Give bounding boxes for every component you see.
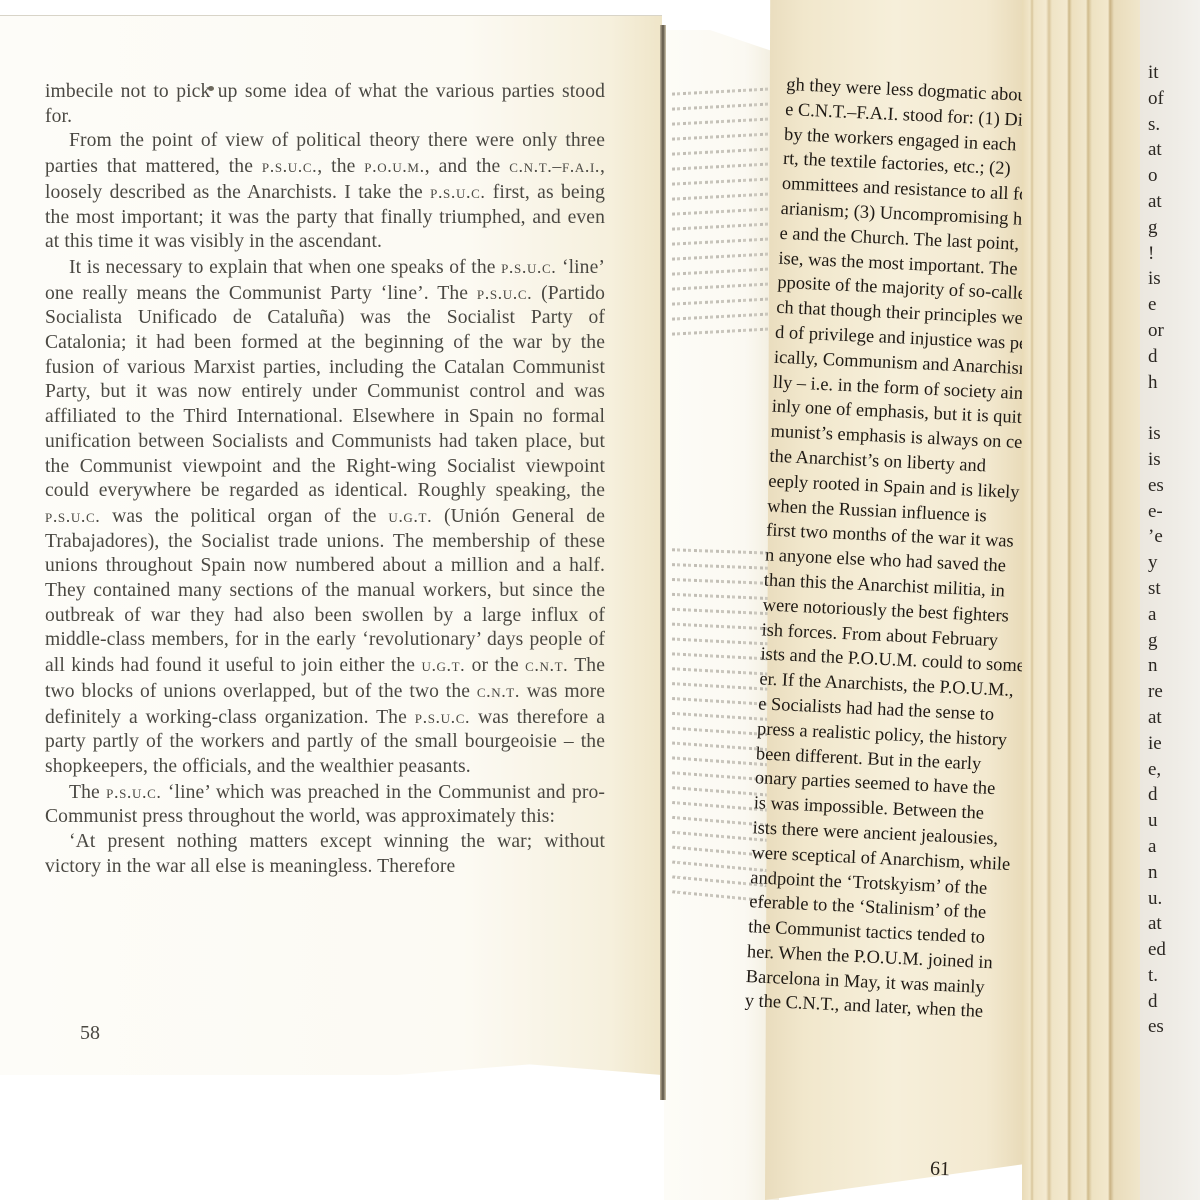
text-run: was the political organ of the [100,506,388,527]
text-fragment: h [1148,370,1166,396]
text-run: ‘At present nothing matters except winni… [45,831,605,877]
text-fragment: at [1148,137,1166,163]
faded-text-line [672,667,772,676]
text-fragment: ’e [1148,524,1166,550]
text-fragment: g [1148,215,1166,241]
text-fragment: e- [1148,499,1166,525]
paragraph: From the point of view of political theo… [45,129,605,255]
abbreviation: p.s.u.c. [477,283,532,303]
text-fragment: it [1148,60,1166,86]
right-page-number: 61 [930,1158,951,1182]
faded-text-line [672,652,772,660]
faded-text-line [672,252,772,260]
right-page-body-text: gh they were less dogmatic about it.e C.… [744,72,1017,1024]
abbreviation: p.s.u.c. [262,156,317,176]
faded-text-line [672,87,772,95]
text-fragment: st [1148,576,1166,602]
text-fragment: e [1148,292,1166,318]
text-fragment: a [1148,834,1166,860]
paragraph: ‘At present nothing matters except winni… [45,830,605,879]
faded-text-line [672,593,772,600]
faded-text-line [672,608,772,616]
next-page-text-fragments: itofs.atoatg!iseordhisisese-’eystagnreat… [1148,60,1166,1040]
text-fragment: at [1148,705,1166,731]
text-fragment: u. [1148,886,1166,912]
faded-text-line [672,637,772,645]
faded-text-line [672,327,772,335]
text-fragment: at [1148,189,1166,215]
text-fragment: y [1148,550,1166,576]
faded-text-line [672,177,772,185]
paragraph: The p.s.u.c. ‘line’ which was preached i… [45,780,605,830]
paragraph: It is necessary to explain that when one… [45,255,605,780]
text-fragment: t. [1148,963,1166,989]
page-edges-stack [1022,0,1142,1200]
text-fragment: n [1148,653,1166,679]
faded-text-line [672,297,772,305]
faded-text-line [672,282,772,290]
text-fragment: re [1148,679,1166,705]
faded-text-line [672,578,772,585]
faded-text-block [672,80,772,345]
text-run: or the [465,655,525,676]
text-run: , and the [425,156,510,177]
faded-text-line [672,312,772,320]
text-fragment: d [1148,989,1166,1015]
text-fragment: ! [1148,241,1166,267]
abbreviation: p.s.u.c. [45,506,100,526]
faded-text-line [672,237,772,245]
text-fragment: e, [1148,757,1166,783]
faded-text-line [672,102,772,110]
text-fragment: n [1148,860,1166,886]
text-run: The [69,782,106,803]
text-fragment: a [1148,602,1166,628]
text-fragment: d [1148,782,1166,808]
faded-text-line [672,132,772,140]
text-fragment: ed [1148,937,1166,963]
text-fragment: d [1148,344,1166,370]
abbreviation: p.s.u.c. [106,782,161,802]
text-fragment: at [1148,911,1166,937]
text-run: (Partido Socialista Unificado de Cataluñ… [45,283,605,502]
abbreviation: p.o.u.m. [364,156,424,176]
faded-text-line [672,117,772,125]
faded-text-line [672,563,772,570]
abbreviation: c.n.t. [525,655,568,675]
faded-text-line [672,682,772,691]
faded-text-line [672,267,772,275]
text-fragment: u [1148,808,1166,834]
abbreviation: c.n.t.–f.a.i. [509,156,600,176]
left-page-body-text: imbecile not to pick up some idea of wha… [45,80,605,880]
text-fragment: es [1148,473,1166,499]
text-fragment [1148,395,1166,421]
faded-text-line [672,192,772,200]
text-run: , the [317,156,364,177]
left-page-number: 58 [80,1022,100,1045]
abbreviation: p.s.u.c. [501,257,556,277]
abbreviation: p.s.u.c. [415,707,470,727]
text-fragment: of [1148,86,1166,112]
faded-text-line [672,207,772,215]
text-fragment: s. [1148,112,1166,138]
text-fragment: ie [1148,731,1166,757]
text-fragment: or [1148,318,1166,344]
text-run: (Unión General de Trabajadores), the Soc… [45,506,605,676]
abbreviation: p.s.u.c. [430,182,485,202]
book-gutter [660,25,666,1100]
abbreviation: u.g.t. [388,506,432,526]
abbreviation: u.g.t. [421,655,465,675]
text-run: It is necessary to explain that when one… [69,257,501,278]
faded-text-line [672,548,772,554]
text-fragment: es [1148,1014,1166,1040]
text-fragment: o [1148,163,1166,189]
text-run: imbecile not to pick up some idea of wha… [45,81,605,127]
text-fragment: is [1148,421,1166,447]
abbreviation: c.n.t. [477,681,520,701]
text-fragment: g [1148,628,1166,654]
text-fragment: is [1148,447,1166,473]
faded-text-line [672,162,772,170]
faded-text-line [672,147,772,155]
paragraph: imbecile not to pick up some idea of wha… [45,80,605,129]
text-fragment: is [1148,266,1166,292]
faded-text-line [672,222,772,230]
faded-text-line [672,697,772,706]
faded-text-line [672,623,772,631]
